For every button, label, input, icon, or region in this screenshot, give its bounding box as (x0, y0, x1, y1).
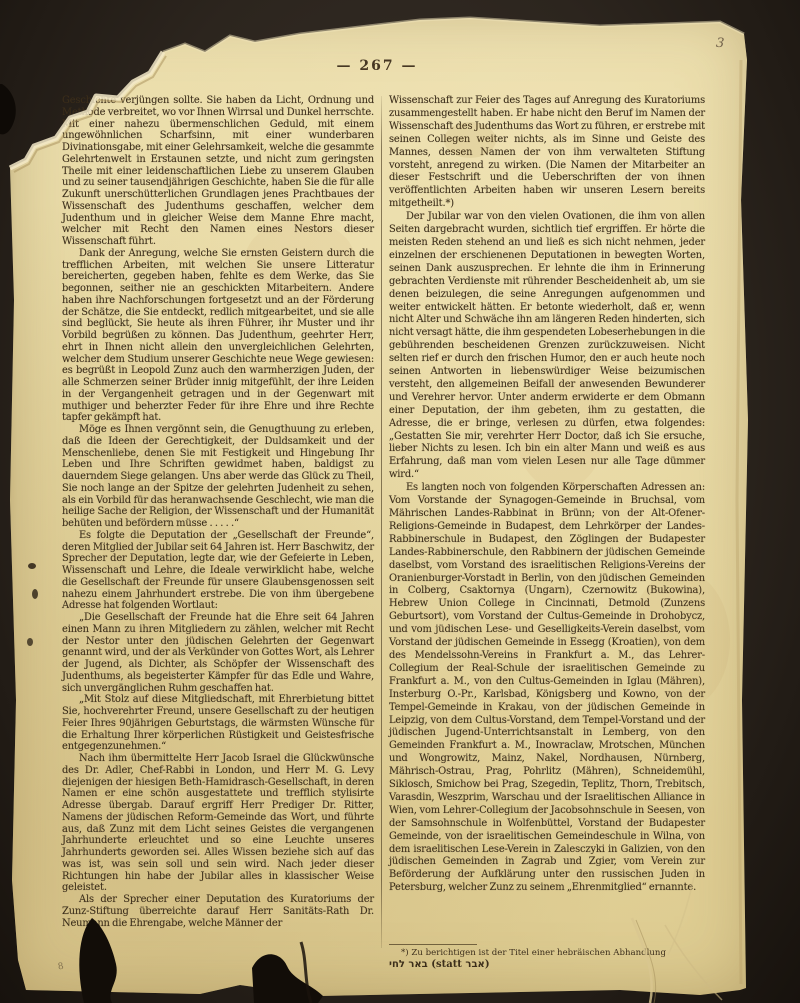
paragraph: „Die Gesellschaft der Freunde hat die Eh… (62, 612, 374, 694)
pencil-margin-mark: 8 (57, 962, 64, 973)
paragraph: Wissenschaft zur Feier des Tages auf Anr… (389, 95, 705, 211)
paragraph: Es langten noch von folgenden Körperscha… (389, 482, 705, 895)
text-column-right: Wissenschaft zur Feier des Tages auf Anr… (389, 95, 705, 895)
paragraph: Es folgte die Deputation der „Gesellscha… (62, 530, 374, 612)
footnote-hebrew-correction: באר לחי (statt אבר) (389, 959, 705, 971)
page-number: — 267 — (312, 58, 442, 74)
footnote-separator-rule (389, 944, 477, 945)
ink-blot (0, 84, 16, 134)
paragraph: Dank der Anregung, welche Sie ernsten Ge… (62, 248, 374, 424)
column-divider-rule (381, 96, 382, 948)
paragraph: Nach ihm übermittelte Herr Jacob Israel … (62, 753, 374, 894)
paragraph: Geschichte verjüngen sollte. Sie haben d… (62, 95, 374, 248)
footnote: *) Zu berichtigen ist der Titel einer he… (389, 944, 705, 971)
paragraph: Möge es Ihnen vergönnt sein, die Genugth… (62, 424, 374, 530)
scanned-document-page: { "page": { "header": "— 267 —", "corner… (0, 0, 800, 1003)
footnote-text: *) Zu berichtigen ist der Titel einer he… (389, 948, 705, 959)
text-column-left: Geschichte verjüngen sollte. Sie haben d… (62, 95, 374, 929)
handwritten-corner-mark: 3 (715, 36, 724, 52)
paragraph: Der Jubilar war von den vielen Ovationen… (389, 211, 705, 482)
paragraph: Als der Sprecher einer Deputation des Ku… (62, 894, 374, 929)
paragraph: „Mit Stolz auf diese Mitgliedschaft, mit… (62, 694, 374, 753)
